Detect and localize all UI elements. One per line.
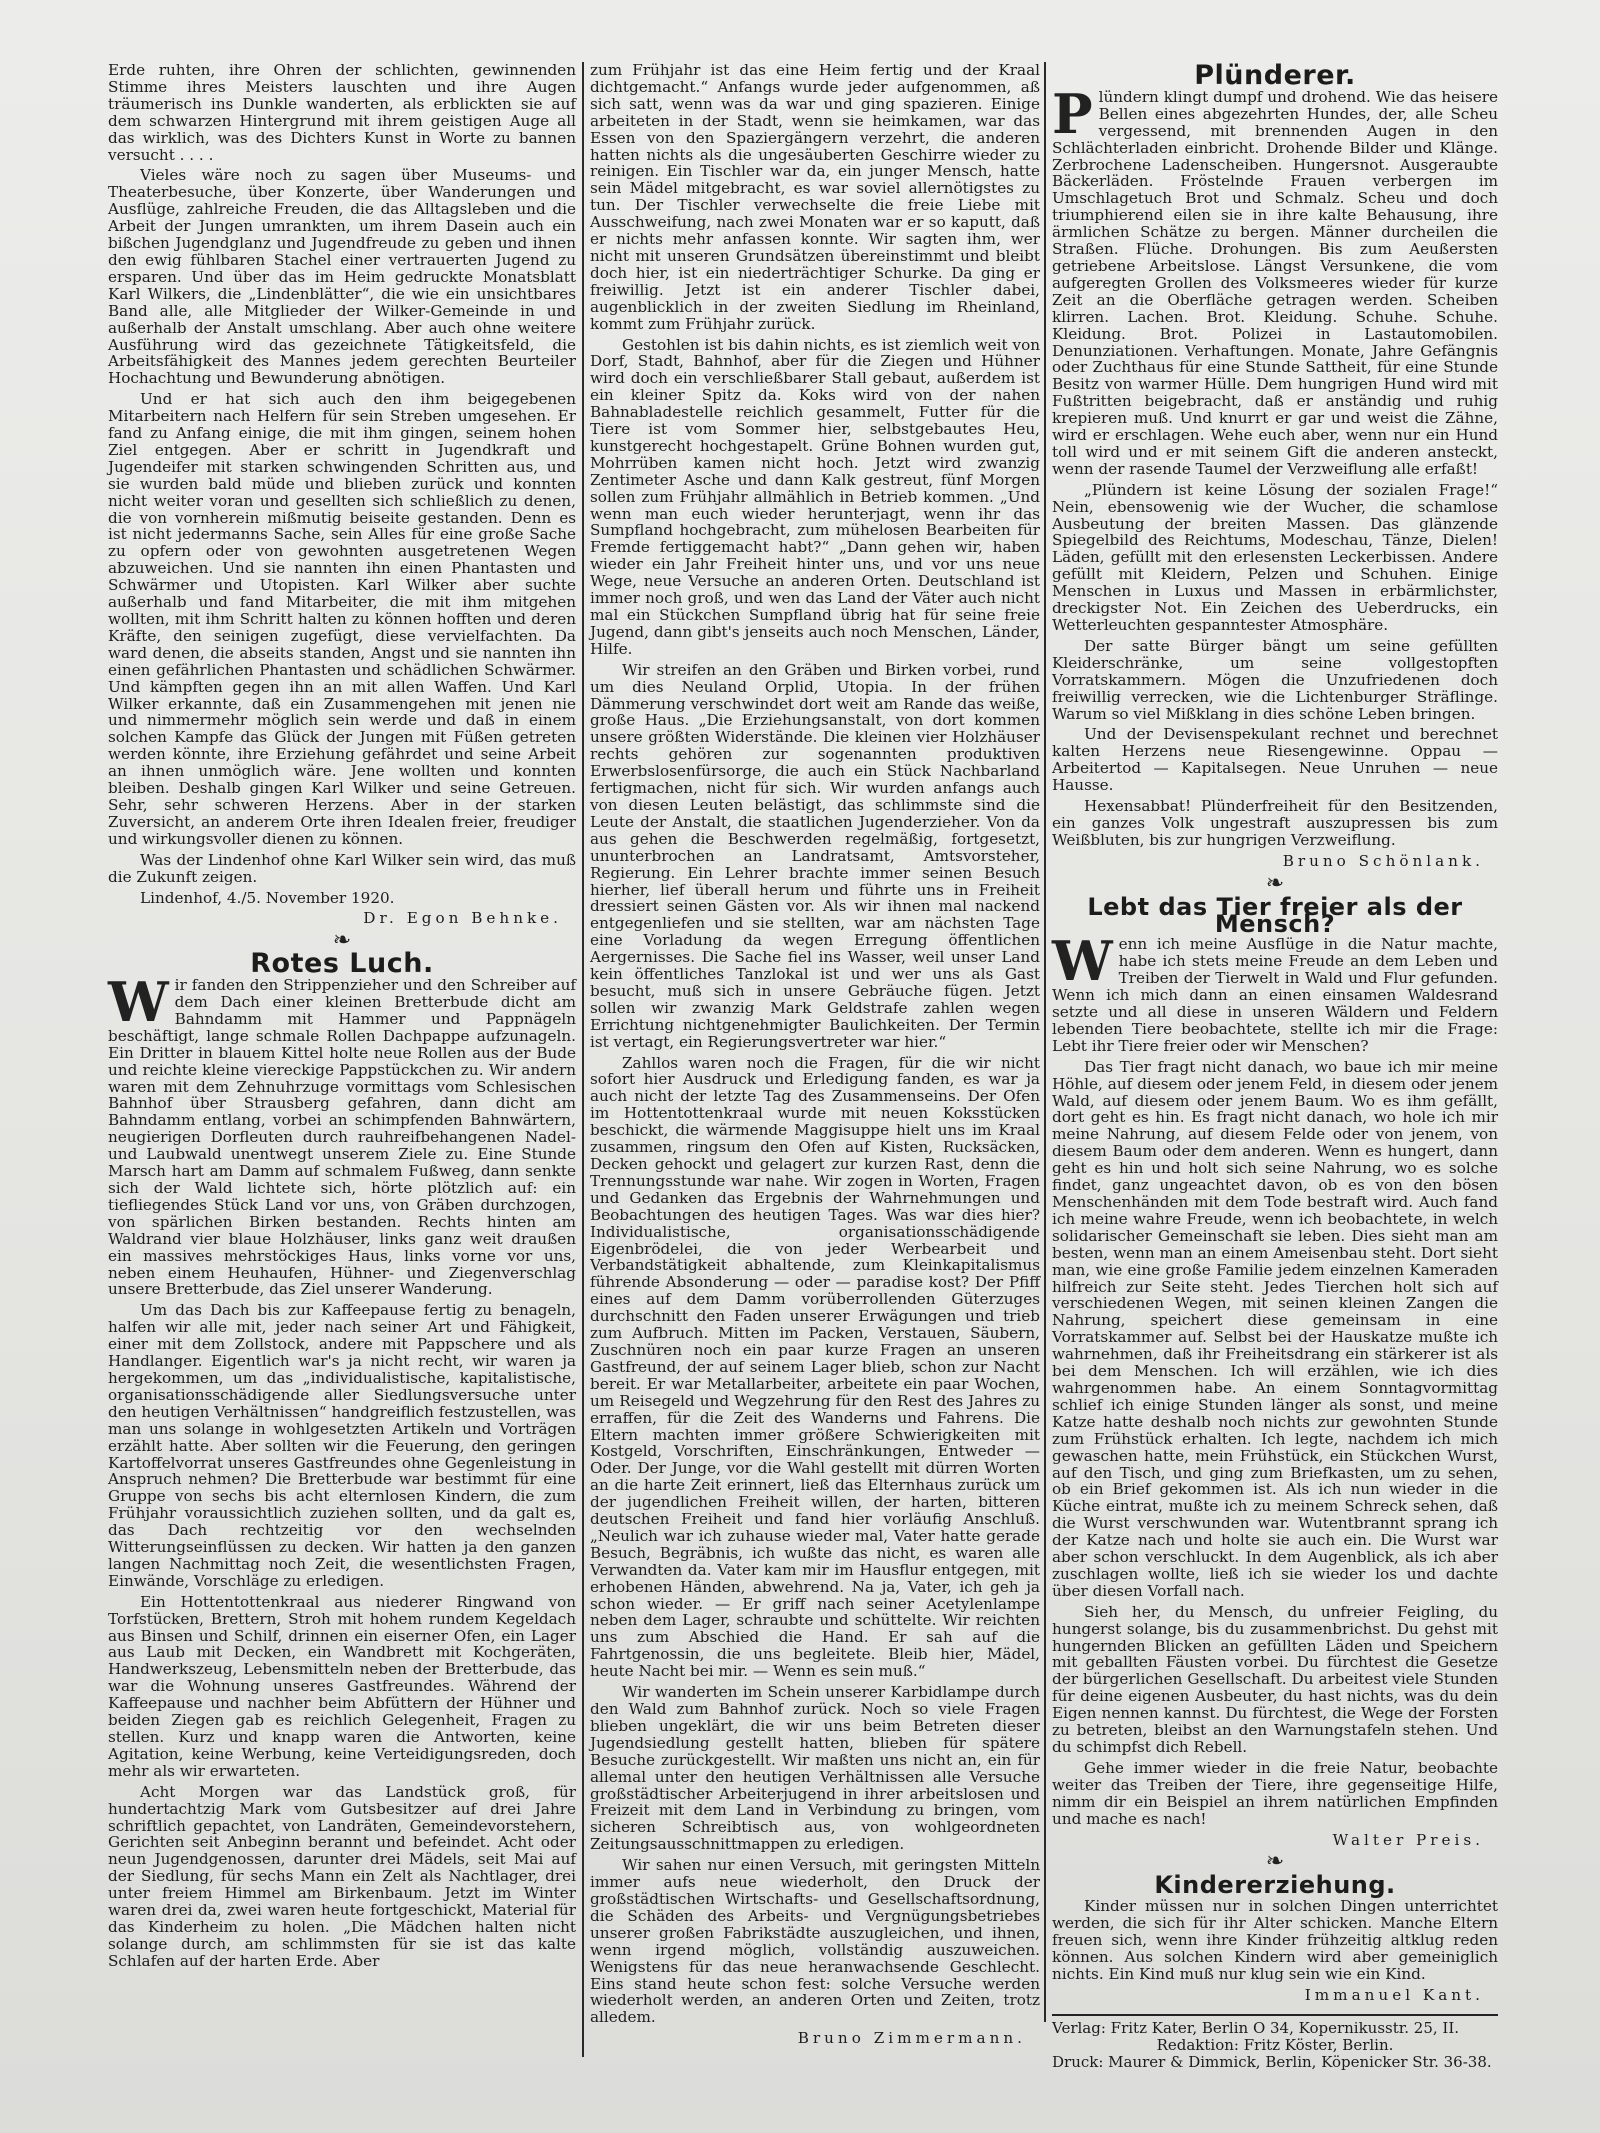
paragraph: Wir streifen an den Gräben und Birken vo… [590,662,1040,1051]
imprint: Verlag: Fritz Kater, Berlin O 34, Kopern… [1052,2014,1498,2071]
paragraph: Sieh her, du Mensch, du unfreier Feiglin… [1052,1604,1498,1756]
article-lebt-das-tier: Lebt das Tier freier als der Mensch? Wen… [1052,899,1498,1872]
paragraph: Vieles wäre noch zu sagen über Museums- … [108,167,576,387]
paragraph: Wir wanderten im Schein unserer Karbidla… [590,1684,1040,1853]
article-rotes-luch-continued: zum Frühjahr ist das eine Heim fertig un… [590,62,1040,2047]
imprint-editor: Redaktion: Fritz Köster, Berlin. [1052,2037,1498,2054]
paragraph: Das Tier fragt nicht danach, wo baue ich… [1052,1059,1498,1600]
column-rule [582,62,584,2057]
paragraph: Gehe immer wieder in die freie Natur, be… [1052,1760,1498,1828]
newspaper-page: Erde ruhten, ihre Ohren der schlichten, … [0,0,1600,2133]
article-title: Plünderer. [1052,68,1498,85]
author-signature: Dr. Egon Behnke. [108,910,562,927]
author-signature: Immanuel Kant. [1052,1987,1484,2004]
article-title: Lebt das Tier freier als der Mensch? [1052,899,1498,933]
article-lindenhof-continuation: Erde ruhten, ihre Ohren der schlichten, … [108,62,576,950]
author-signature: Walter Preis. [1052,1832,1484,1849]
paragraph: Und der Devisenspekulant rechnet und ber… [1052,726,1498,794]
ornament-icon: ❧ [1052,876,1498,893]
article-title: Kindererziehung. [1052,1877,1498,1894]
column-1: Erde ruhten, ihre Ohren der schlichten, … [108,62,576,1970]
article-kindererziehung: Kindererziehung. Kinder müssen nur in so… [1052,1877,1498,2003]
imprint-publisher: Verlag: Fritz Kater, Berlin O 34, Kopern… [1052,2020,1498,2037]
paragraph: „Plündern ist keine Lösung der sozialen … [1052,482,1498,634]
author-signature: Bruno Schönlank. [1052,853,1484,870]
paragraph-text: lündern klingt dumpf und drohend. Wie da… [1052,88,1498,478]
paragraph: Wenn ich meine Ausflüge in die Natur mac… [1052,936,1498,1054]
ornament-icon: ❧ [1052,1854,1498,1871]
column-rule [1044,62,1046,2022]
drop-cap: W [1052,938,1113,984]
paragraph: Was der Lindenhof ohne Karl Wilker sein … [108,852,576,886]
drop-cap: W [108,979,169,1025]
article-rotes-luch: Rotes Luch. Wir fanden den Strippenziehe… [108,956,576,1969]
column-3: Plünderer. Plündern klingt dumpf und dro… [1052,62,1498,2071]
article-pluenderer: Plünderer. Plündern klingt dumpf und dro… [1052,68,1498,893]
paragraph-text: ir fanden den Strippenzieher und den Sch… [108,976,576,1298]
paragraph: zum Frühjahr ist das eine Heim fertig un… [590,62,1040,333]
paragraph: Um das Dach bis zur Kaffeepause fertig z… [108,1302,576,1589]
article-title: Rotes Luch. [108,956,576,973]
paragraph: Ein Hottentottenkraal aus niederer Ringw… [108,1594,576,1780]
paragraph: Acht Morgen war das Landstück groß, für … [108,1784,576,1970]
paragraph-text: enn ich meine Ausflüge in die Natur mach… [1052,935,1498,1054]
paragraph: Zahllos waren noch die Fragen, für die w… [590,1055,1040,1681]
paragraph: Erde ruhten, ihre Ohren der schlichten, … [108,62,576,163]
author-signature: Bruno Zimmermann. [590,2030,1026,2047]
drop-cap: P [1052,91,1093,137]
paragraph: Kinder müssen nur in solchen Dingen unte… [1052,1898,1498,1983]
paragraph: Plündern klingt dumpf und drohend. Wie d… [1052,89,1498,478]
paragraph: Gestohlen ist bis dahin nichts, es ist z… [590,337,1040,658]
paragraph: Der satte Bürger bängt um seine gefüllte… [1052,638,1498,723]
dateline: Lindenhof, 4./5. November 1920. [108,890,576,907]
paragraph: Wir fanden den Strippenzieher und den Sc… [108,977,576,1298]
paragraph: Und er hat sich auch den ihm beigegebene… [108,391,576,847]
paragraph: Hexensabbat! Plünderfreiheit für den Bes… [1052,798,1498,849]
column-2: zum Frühjahr ist das eine Heim fertig un… [590,62,1040,2047]
paragraph: Wir sahen nur einen Versuch, mit gerings… [590,1857,1040,2026]
imprint-printer: Druck: Maurer & Dimmick, Berlin, Köpenic… [1052,2054,1498,2071]
